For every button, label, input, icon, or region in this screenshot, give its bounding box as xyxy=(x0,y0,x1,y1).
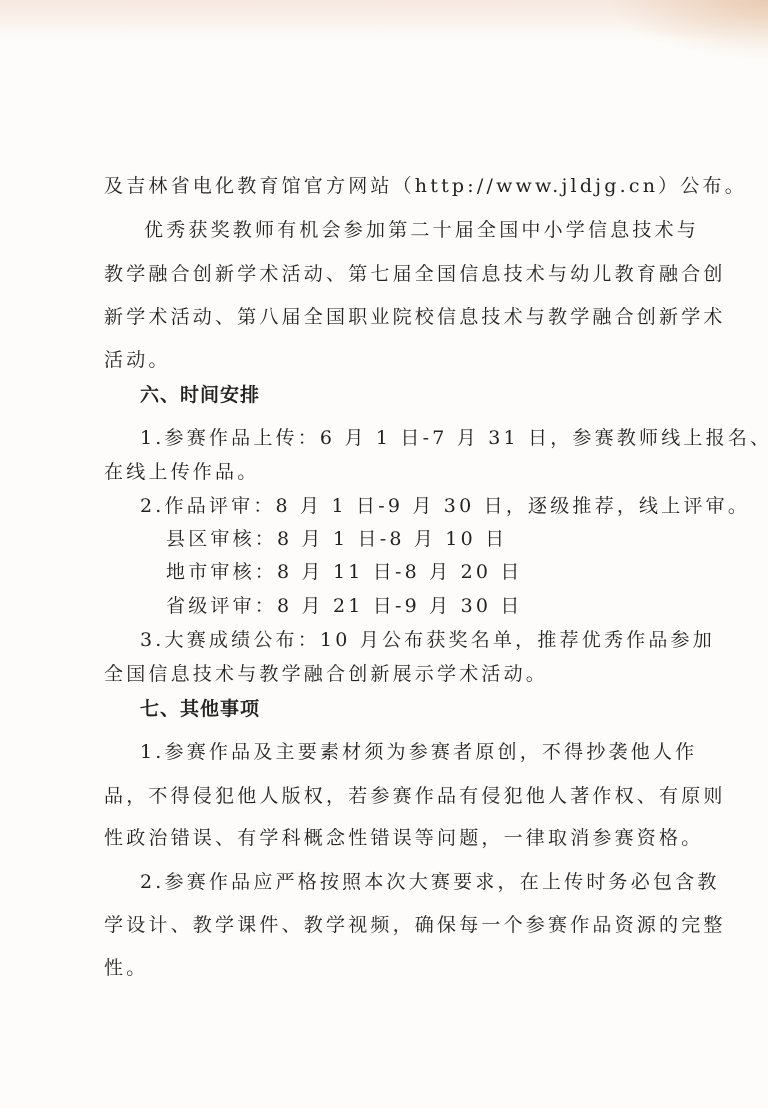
paragraph-line: 优秀获奖教师有机会参加第二十届全国中小学信息技术与 xyxy=(144,218,699,242)
list-item: 1.参赛作品上传：6 月 1 日-7 月 31 日，参赛教师线上报名、 xyxy=(140,426,768,450)
paragraph-line: 新学术活动、第八届全国职业院校信息技术与教学融合创新学术 xyxy=(104,305,726,329)
list-item: 性政治错误、有学科概念性错误等问题，一律取消参赛资格。 xyxy=(104,826,703,850)
section-heading: 六、时间安排 xyxy=(140,383,260,407)
sub-item: 地市审核：8 月 11 日-8 月 20 日 xyxy=(166,560,523,584)
section-heading: 七、其他事项 xyxy=(140,697,260,721)
list-item: 品，不得侵犯他人版权，若参赛作品有侵犯他人著作权、有原则 xyxy=(104,784,726,808)
sub-item: 省级评审：8 月 21 日-9 月 30 日 xyxy=(166,594,523,618)
list-item: 2.参赛作品应严格按照本次大赛要求，在上传时务必包含教 xyxy=(140,870,720,894)
list-item: 1.参赛作品及主要素材须为参赛者原创，不得抄袭他人作 xyxy=(140,740,697,764)
list-item: 全国信息技术与教学融合创新展示学术活动。 xyxy=(104,662,548,686)
paragraph-line: 活动。 xyxy=(104,348,171,372)
paragraph-line: 教学融合创新学术活动、第七届全国信息技术与幼儿教育融合创 xyxy=(104,262,726,286)
list-item: 学设计、教学课件、教学视频，确保每一个参赛作品资源的完整 xyxy=(104,913,726,937)
scan-corner-shadow xyxy=(608,0,768,60)
paragraph-line: 及吉林省电化教育馆官方网站（http://www.jldjg.cn）公布。 xyxy=(104,174,747,198)
list-item: 在线上传作品。 xyxy=(104,460,259,484)
sub-item: 县区审核：8 月 1 日-8 月 10 日 xyxy=(166,527,507,551)
list-item: 性。 xyxy=(104,956,148,980)
list-item: 2.作品评审：8 月 1 日-9 月 30 日，逐级推荐，线上评审。 xyxy=(140,494,750,518)
list-item: 3.大赛成绩公布：10 月公布获奖名单，推荐优秀作品参加 xyxy=(140,628,715,652)
